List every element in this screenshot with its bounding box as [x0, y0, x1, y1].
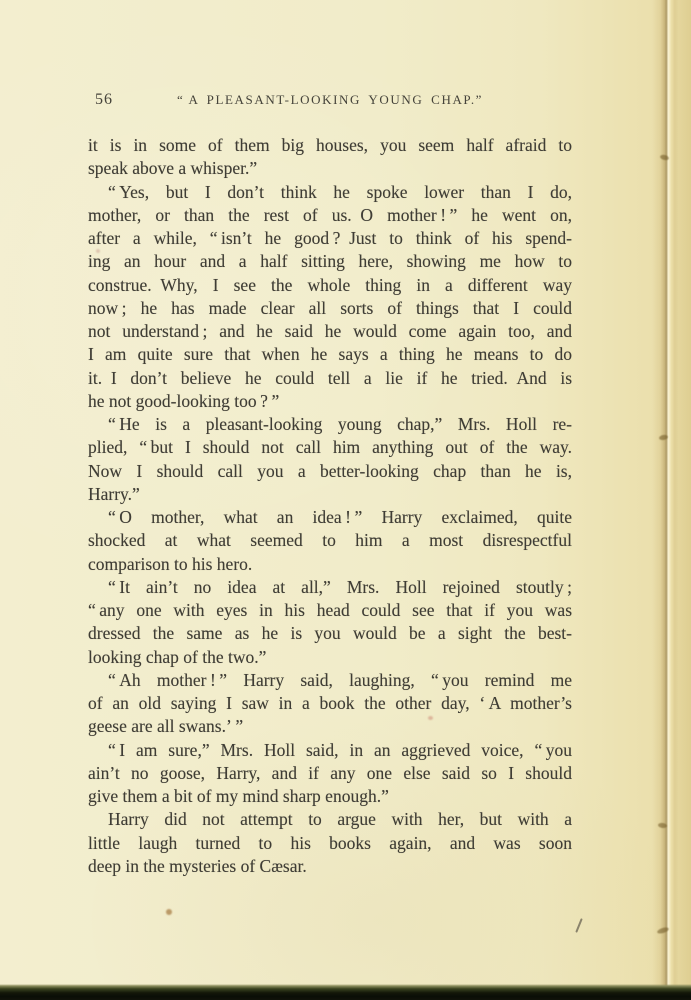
text-line: after a while, “ isn’t he good ? Just to… [88, 227, 572, 250]
text-line: it is in some of them big houses, you se… [88, 134, 572, 157]
text-line: construe. Why, I see the whole thing in … [88, 274, 572, 297]
text-line: ain’t no goose, Harry, and if any one el… [88, 762, 572, 785]
book-page-scan: 56 “ A PLEASANT-LOOKING YOUNG CHAP.” it … [0, 0, 691, 1000]
text-line: speak above a whisper.” [88, 157, 572, 180]
text-line: comparison to his hero. [88, 553, 572, 576]
text-line: now ; he has made clear all sorts of thi… [88, 297, 572, 320]
page-gutter-crease [652, 0, 678, 1000]
text-line: “ He is a pleasant-looking young chap,” … [88, 413, 572, 436]
text-line: “ It ain’t no idea at all,” Mrs. Holl re… [88, 576, 572, 599]
body-text: it is in some of them big houses, you se… [88, 134, 572, 878]
page-number: 56 [95, 91, 113, 109]
text-line: mother, or than the rest of us. O mother… [88, 204, 572, 227]
scan-bottom-edge [0, 984, 691, 1000]
page-header: 56 “ A PLEASANT-LOOKING YOUNG CHAP.” [88, 90, 572, 112]
text-line: “ Ah mother ! ” Harry said, laughing, “ … [88, 669, 572, 692]
text-line: Harry.” [88, 483, 572, 506]
text-line: looking chap of the two.” [88, 646, 572, 669]
text-line: little laugh turned to his books again, … [88, 832, 572, 855]
page-right-edge [678, 0, 691, 1000]
text-line: give them a bit of my mind sharp enough.… [88, 785, 572, 808]
text-line: plied, “ but I should not call him anyth… [88, 436, 572, 459]
pen-mark [575, 918, 582, 933]
text-line: “ I am sure,” Mrs. Holl said, in an aggr… [88, 739, 572, 762]
text-line: I am quite sure that when he says a thin… [88, 343, 572, 366]
foxing-spot [428, 716, 433, 720]
text-line: of an old saying I saw in a book the oth… [88, 692, 572, 715]
text-line: ing an hour and a half sitting here, sho… [88, 250, 572, 273]
foxing-spot [166, 909, 172, 915]
text-line: dressed the same as he is you would be a… [88, 622, 572, 645]
text-line: shocked at what seemed to him a most dis… [88, 529, 572, 552]
text-line: deep in the mysteries of Cæsar. [88, 855, 572, 878]
text-line: “ Yes, but I don’t think he spoke lower … [88, 181, 572, 204]
running-title: “ A PLEASANT-LOOKING YOUNG CHAP.” [88, 90, 572, 108]
text-line: geese are all swans.’ ” [88, 715, 572, 738]
text-line: Now I should call you a better-looking c… [88, 460, 572, 483]
text-line: “ any one with eyes in his head could se… [88, 599, 572, 622]
foxing-spot [96, 249, 100, 253]
text-line: not understand ; and he said he would co… [88, 320, 572, 343]
text-line: he not good-looking too ? ” [88, 390, 572, 413]
text-line: it. I don’t believe he could tell a lie … [88, 367, 572, 390]
text-line: “ O mother, what an idea ! ” Harry excla… [88, 506, 572, 529]
text-line: Harry did not attempt to argue with her,… [88, 808, 572, 831]
